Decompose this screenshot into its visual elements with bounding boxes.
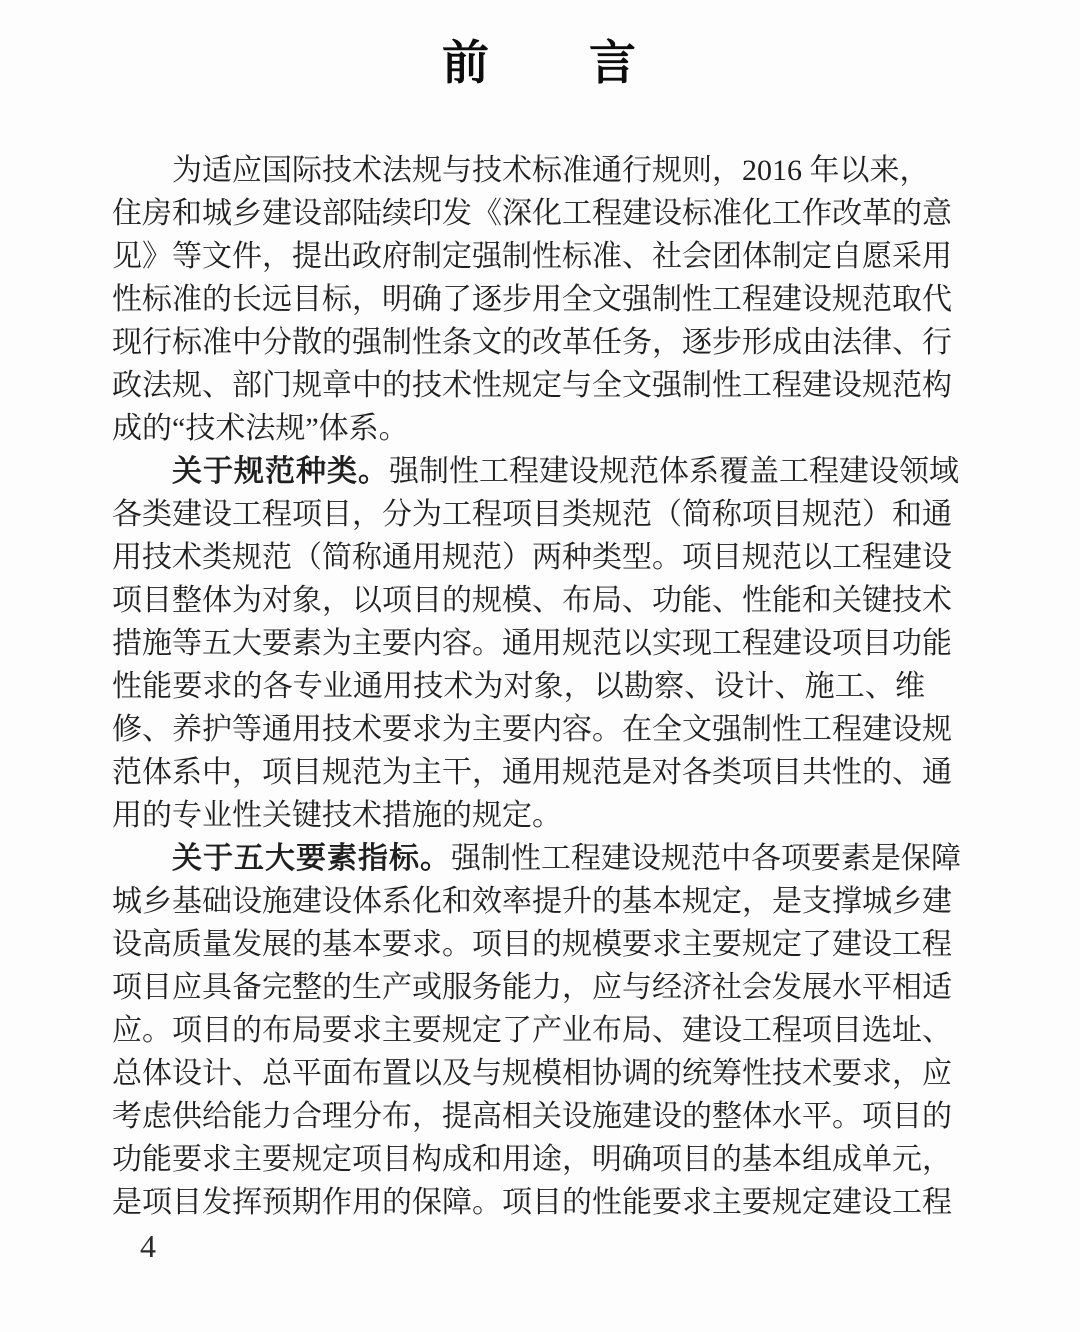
text-line: 范体系中，项目规范为主干，通用规范是对各类项目共性的、通 <box>112 751 925 794</box>
line-text: 用的专业性关键技术措施的规定。 <box>112 799 562 832</box>
text-line: 是项目发挥预期作用的保障。项目的性能要求主要规定建设工程 <box>112 1181 925 1224</box>
text-line: 措施等五大要素为主要内容。通用规范以实现工程建设项目功能 <box>112 622 925 665</box>
line-text: 性能要求的各专业通用技术为对象，以勘察、设计、施工、维 <box>112 670 925 703</box>
line-text: 现行标准中分散的强制性条文的改革任务，逐步形成由法律、行 <box>112 326 952 359</box>
line-text: 应。项目的布局要求主要规定了产业布局、建设工程项目选址、 <box>112 1014 952 1047</box>
line-text: 措施等五大要素为主要内容。通用规范以实现工程建设项目功能 <box>112 627 952 660</box>
bold-lead-in: 关于五大要素指标。 <box>172 842 451 875</box>
text-line: 性标准的长远目标，明确了逐步用全文强制性工程建设规范取代 <box>112 278 925 321</box>
line-text: 城乡基础设施建设体系化和效率提升的基本规定，是支撑城乡建 <box>112 885 952 918</box>
text-line: 关于五大要素指标。强制性工程建设规范中各项要素是保障 <box>112 837 925 880</box>
line-text: 政法规、部门规章中的技术性规定与全文强制性工程建设规范构 <box>112 369 952 402</box>
line-text: 功能要求主要规定项目构成和用途，明确项目的基本组成单元， <box>112 1143 952 1176</box>
line-text: 见》等文件，提出政府制定强制性标准、社会团体制定自愿采用 <box>112 240 952 273</box>
text-line: 应。项目的布局要求主要规定了产业布局、建设工程项目选址、 <box>112 1009 925 1052</box>
line-text: 考虑供给能力合理分布，提高相关设施建设的整体水平。项目的 <box>112 1100 952 1133</box>
text-line: 项目应具备完整的生产或服务能力，应与经济社会发展水平相适 <box>112 966 925 1009</box>
text-line: 考虑供给能力合理分布，提高相关设施建设的整体水平。项目的 <box>112 1095 925 1138</box>
line-text: 用技术类规范（简称通用规范）两种类型。项目规范以工程建设 <box>112 541 952 574</box>
text-line: 修、养护等通用技术要求为主要内容。在全文强制性工程建设规 <box>112 708 925 751</box>
line-text: 各类建设工程项目，分为工程项目类规范（简称项目规范）和通 <box>112 498 952 531</box>
text-line: 关于规范种类。强制性工程建设规范体系覆盖工程建设领域 <box>112 450 925 493</box>
text-line: 为适应国际技术法规与技术标准通行规则，2016 年以来， <box>112 149 925 192</box>
bold-lead-in: 关于规范种类。 <box>172 455 389 488</box>
text-line: 政法规、部门规章中的技术性规定与全文强制性工程建设规范构 <box>112 364 925 407</box>
line-text: 为适应国际技术法规与技术标准通行规则，2016 年以来， <box>172 154 930 187</box>
line-text: 总体设计、总平面布置以及与规模相协调的统筹性技术要求，应 <box>112 1057 952 1090</box>
line-text: 项目整体为对象，以项目的规模、布局、功能、性能和关键技术 <box>112 584 952 617</box>
body-text: 为适应国际技术法规与技术标准通行规则，2016 年以来， 住房和城乡建设部陆续印… <box>112 149 925 1224</box>
line-text: 范体系中，项目规范为主干，通用规范是对各类项目共性的、通 <box>112 756 952 789</box>
line-text: 强制性工程建设规范体系覆盖工程建设领域 <box>389 455 959 488</box>
line-text: 修、养护等通用技术要求为主要内容。在全文强制性工程建设规 <box>112 713 952 746</box>
text-line: 项目整体为对象，以项目的规模、布局、功能、性能和关键技术 <box>112 579 925 622</box>
text-line: 总体设计、总平面布置以及与规模相协调的统筹性技术要求，应 <box>112 1052 925 1095</box>
text-line: 用的专业性关键技术措施的规定。 <box>112 794 925 837</box>
page-title: 前 言 <box>0 0 1080 95</box>
text-line: 功能要求主要规定项目构成和用途，明确项目的基本组成单元， <box>112 1138 925 1181</box>
paragraph-lines: 为适应国际技术法规与技术标准通行规则，2016 年以来， 住房和城乡建设部陆续印… <box>112 149 925 1224</box>
text-line: 用技术类规范（简称通用规范）两种类型。项目规范以工程建设 <box>112 536 925 579</box>
line-text: 性标准的长远目标，明确了逐步用全文强制性工程建设规范取代 <box>112 283 952 316</box>
text-line: 现行标准中分散的强制性条文的改革任务，逐步形成由法律、行 <box>112 321 925 364</box>
text-line: 各类建设工程项目，分为工程项目类规范（简称项目规范）和通 <box>112 493 925 536</box>
text-line: 设高质量发展的基本要求。项目的规模要求主要规定了建设工程 <box>112 923 925 966</box>
line-text: 住房和城乡建设部陆续印发《深化工程建设标准化工作改革的意 <box>112 197 952 230</box>
line-text: 设高质量发展的基本要求。项目的规模要求主要规定了建设工程 <box>112 928 952 961</box>
text-line: 住房和城乡建设部陆续印发《深化工程建设标准化工作改革的意 <box>112 192 925 235</box>
text-line: 性能要求的各专业通用技术为对象，以勘察、设计、施工、维 <box>112 665 925 708</box>
text-line: 成的“技术法规”体系。 <box>112 407 925 450</box>
text-line: 见》等文件，提出政府制定强制性标准、社会团体制定自愿采用 <box>112 235 925 278</box>
line-text: 是项目发挥预期作用的保障。项目的性能要求主要规定建设工程 <box>112 1186 952 1219</box>
line-text: 成的“技术法规”体系。 <box>112 412 409 445</box>
page-number: 4 <box>140 1228 156 1265</box>
text-line: 城乡基础设施建设体系化和效率提升的基本规定，是支撑城乡建 <box>112 880 925 923</box>
document-page: 前 言 为适应国际技术法规与技术标准通行规则，2016 年以来， 住房和城乡建设… <box>0 0 1080 1332</box>
line-text: 强制性工程建设规范中各项要素是保障 <box>451 842 961 875</box>
line-text: 项目应具备完整的生产或服务能力，应与经济社会发展水平相适 <box>112 971 952 1004</box>
